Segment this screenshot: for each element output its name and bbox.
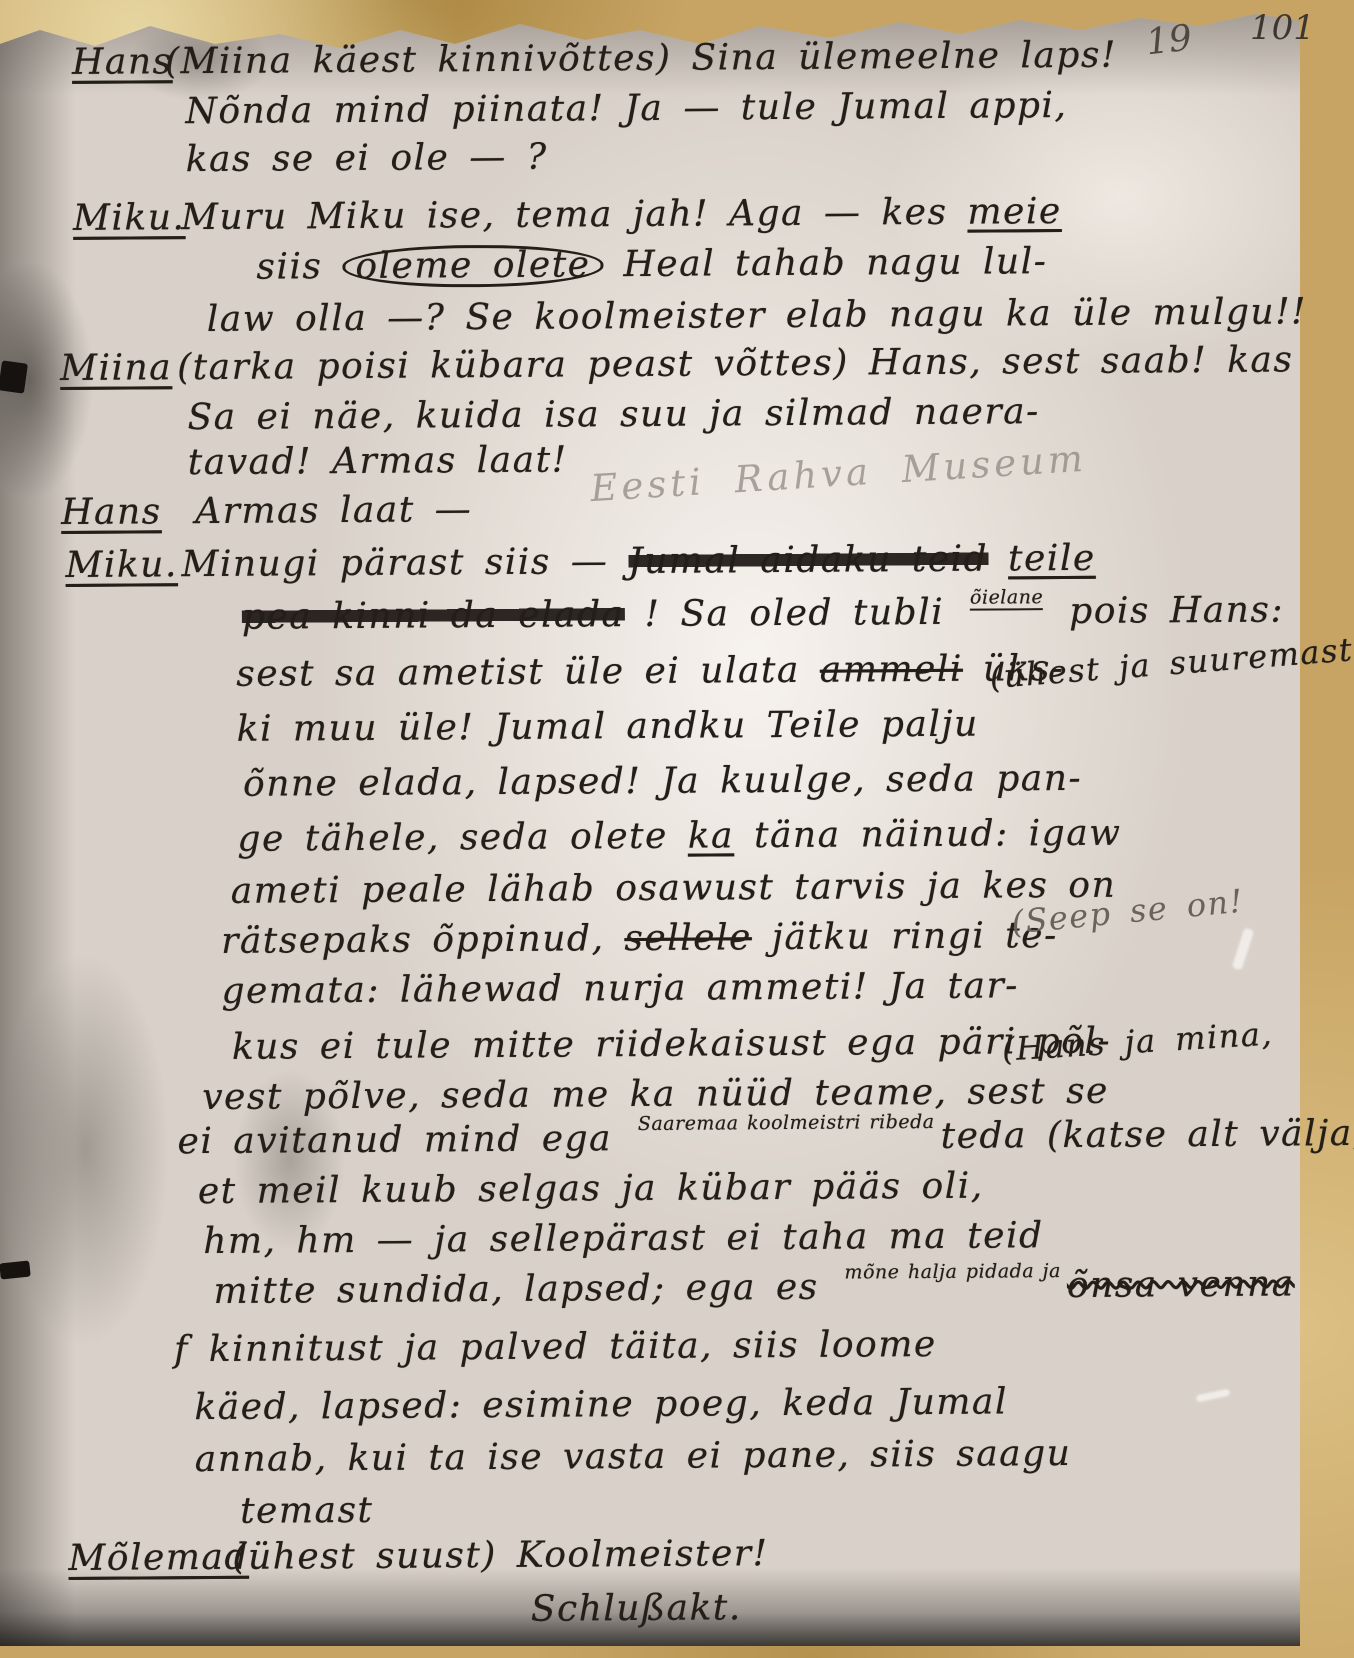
line-text: Sa ei näe, kuida isa suu ja silmad naera…	[187, 391, 1040, 438]
line-text: õnne elada, lapsed! Ja kuulge, seda pan-	[243, 758, 1082, 805]
manuscript-text-layer: Hans(Miina käest kinnivõttes) Sina üleme…	[0, 0, 1311, 1646]
manuscript-line: Miku.Minugi pärast siis — Jumal aidaku t…	[3, 536, 1303, 593]
line-text: kus ei tule mitte riidekaisust ega päri …	[232, 1021, 1111, 1068]
manuscript-line: Miku.Muru Miku ise, tema jah! Aga — kes …	[1, 189, 1301, 246]
speaker-name: Miina	[60, 347, 172, 389]
line-text: f kinnitust ja palved täita, siis loome	[174, 1324, 937, 1370]
photographed-manuscript-page: { "page": { "page_number_pencil": "19", …	[0, 0, 1354, 1658]
line-text: Muru Miku ise, tema jah! Aga — kes meie	[181, 191, 1062, 238]
manuscript-line: Miina(tarka poisi kübara peast võttes) H…	[2, 339, 1302, 396]
line-text: annab, kui ta ise vasta ei pane, siis sa…	[195, 1433, 1072, 1480]
manuscript-line: Hans(Miina käest kinnivõttes) Sina üleme…	[0, 33, 1300, 90]
line-text: sest sa ametist üle ei ulata ammeli üks-	[236, 648, 1065, 695]
line-text: pea kinni da elada ! Sa oled tubli õiela…	[242, 589, 1284, 637]
manuscript-line: et meil kuub selgas ja kübar pääs oli,	[8, 1163, 1308, 1220]
speaker-name: Hans	[61, 491, 162, 533]
manuscript-line: f kinnitust ja palved täita, siis loome	[9, 1321, 1309, 1378]
manuscript-line: pea kinni da elada ! Sa oled tubli õiela…	[4, 589, 1304, 646]
line-text: (Miina käest kinnivõttes) Sina ülemeelne…	[165, 35, 1117, 83]
speaker-name: Mõlemad	[68, 1537, 249, 1579]
manuscript-line: Schlußakt.	[11, 1583, 1311, 1640]
manuscript-line: Mõlemad(ühest suust) Koolmeister!	[10, 1529, 1310, 1586]
line-text: Schlußakt.	[531, 1587, 742, 1629]
line-text: siis oleme olete Heal tahab nagu lul-	[256, 241, 1047, 289]
manuscript-line: mitte sundida, lapsed; ega es mõne halja…	[8, 1263, 1308, 1320]
line-text: Minugi pärast siis — Jumal aidaku teid t…	[181, 538, 1095, 585]
speaker-name: Miku.	[65, 544, 178, 586]
manuscript-line: annab, kui ta ise vasta ei pane, siis sa…	[10, 1431, 1310, 1488]
line-text: hm, hm — ja sellepärast ei taha ma teid	[203, 1215, 1044, 1262]
manuscript-line: õnne elada, lapsed! Ja kuulge, seda pan-	[5, 756, 1305, 813]
line-text: Nõnda mind piinata! Ja — tule Jumal appi…	[185, 85, 1067, 132]
line-text: ei avitanud mind ega Saaremaa koolmeistr…	[177, 1113, 1354, 1162]
line-text: temast	[240, 1490, 374, 1532]
line-text: (ühest suust) Koolmeister!	[232, 1533, 768, 1578]
line-text: kas se ei ole — ?	[186, 137, 548, 181]
manuscript-line: ei avitanud mind ega Saaremaa koolmeistr…	[7, 1113, 1307, 1170]
speaker-name: Hans	[72, 41, 173, 83]
line-text: rätsepaks õppinud, sellele jätku ringi t…	[221, 915, 1058, 962]
line-text: law olla —? Se koolmeister elab nagu ka …	[207, 291, 1308, 340]
line-text: gemata: lähewad nurja ammeti! Ja tar-	[221, 965, 1019, 1012]
line-text: (tarka poisi kübara peast võttes) Hans, …	[177, 339, 1294, 388]
line-text: käed, lapsed: esimine poeg, keda Jumal	[194, 1381, 1008, 1428]
manuscript-line: ki muu üle! Jumal andku Teile palju	[5, 701, 1305, 758]
manuscript-line: gemata: lähewad nurja ammeti! Ja tar-	[6, 963, 1306, 1020]
line-text: Armas laat —	[195, 489, 472, 532]
speaker-name: Miku.	[73, 197, 186, 239]
manuscript-line: käed, lapsed: esimine poeg, keda Jumal	[9, 1379, 1309, 1436]
manuscript-line: kas se ei ole — ?	[1, 131, 1301, 188]
line-text: et meil kuub selgas ja kübar pääs oli,	[198, 1166, 984, 1212]
manuscript-line: ge tähele, seda olete ka täna näinud: ig…	[5, 811, 1305, 868]
page-number-pencil: 19	[1144, 18, 1194, 64]
page-number-corner: 101	[1250, 8, 1315, 48]
line-text: mitte sundida, lapsed; ega es mõne halja…	[213, 1263, 1294, 1312]
manuscript-line: siis oleme olete Heal tahab nagu lul-	[1, 239, 1301, 296]
line-text: ameti peale lähab osawust tarvis ja kes …	[231, 865, 1117, 912]
line-text: vest põlve, seda me ka nüüd teame, sest …	[202, 1071, 1109, 1118]
line-text: tavad! Armas laat!	[188, 439, 568, 483]
manuscript-line: hm, hm — ja sellepärast ei taha ma teid	[8, 1213, 1308, 1270]
line-text: ge tähele, seda olete ka täna näinud: ig…	[237, 813, 1121, 860]
line-text: ki muu üle! Jumal andku Teile palju	[237, 704, 979, 750]
